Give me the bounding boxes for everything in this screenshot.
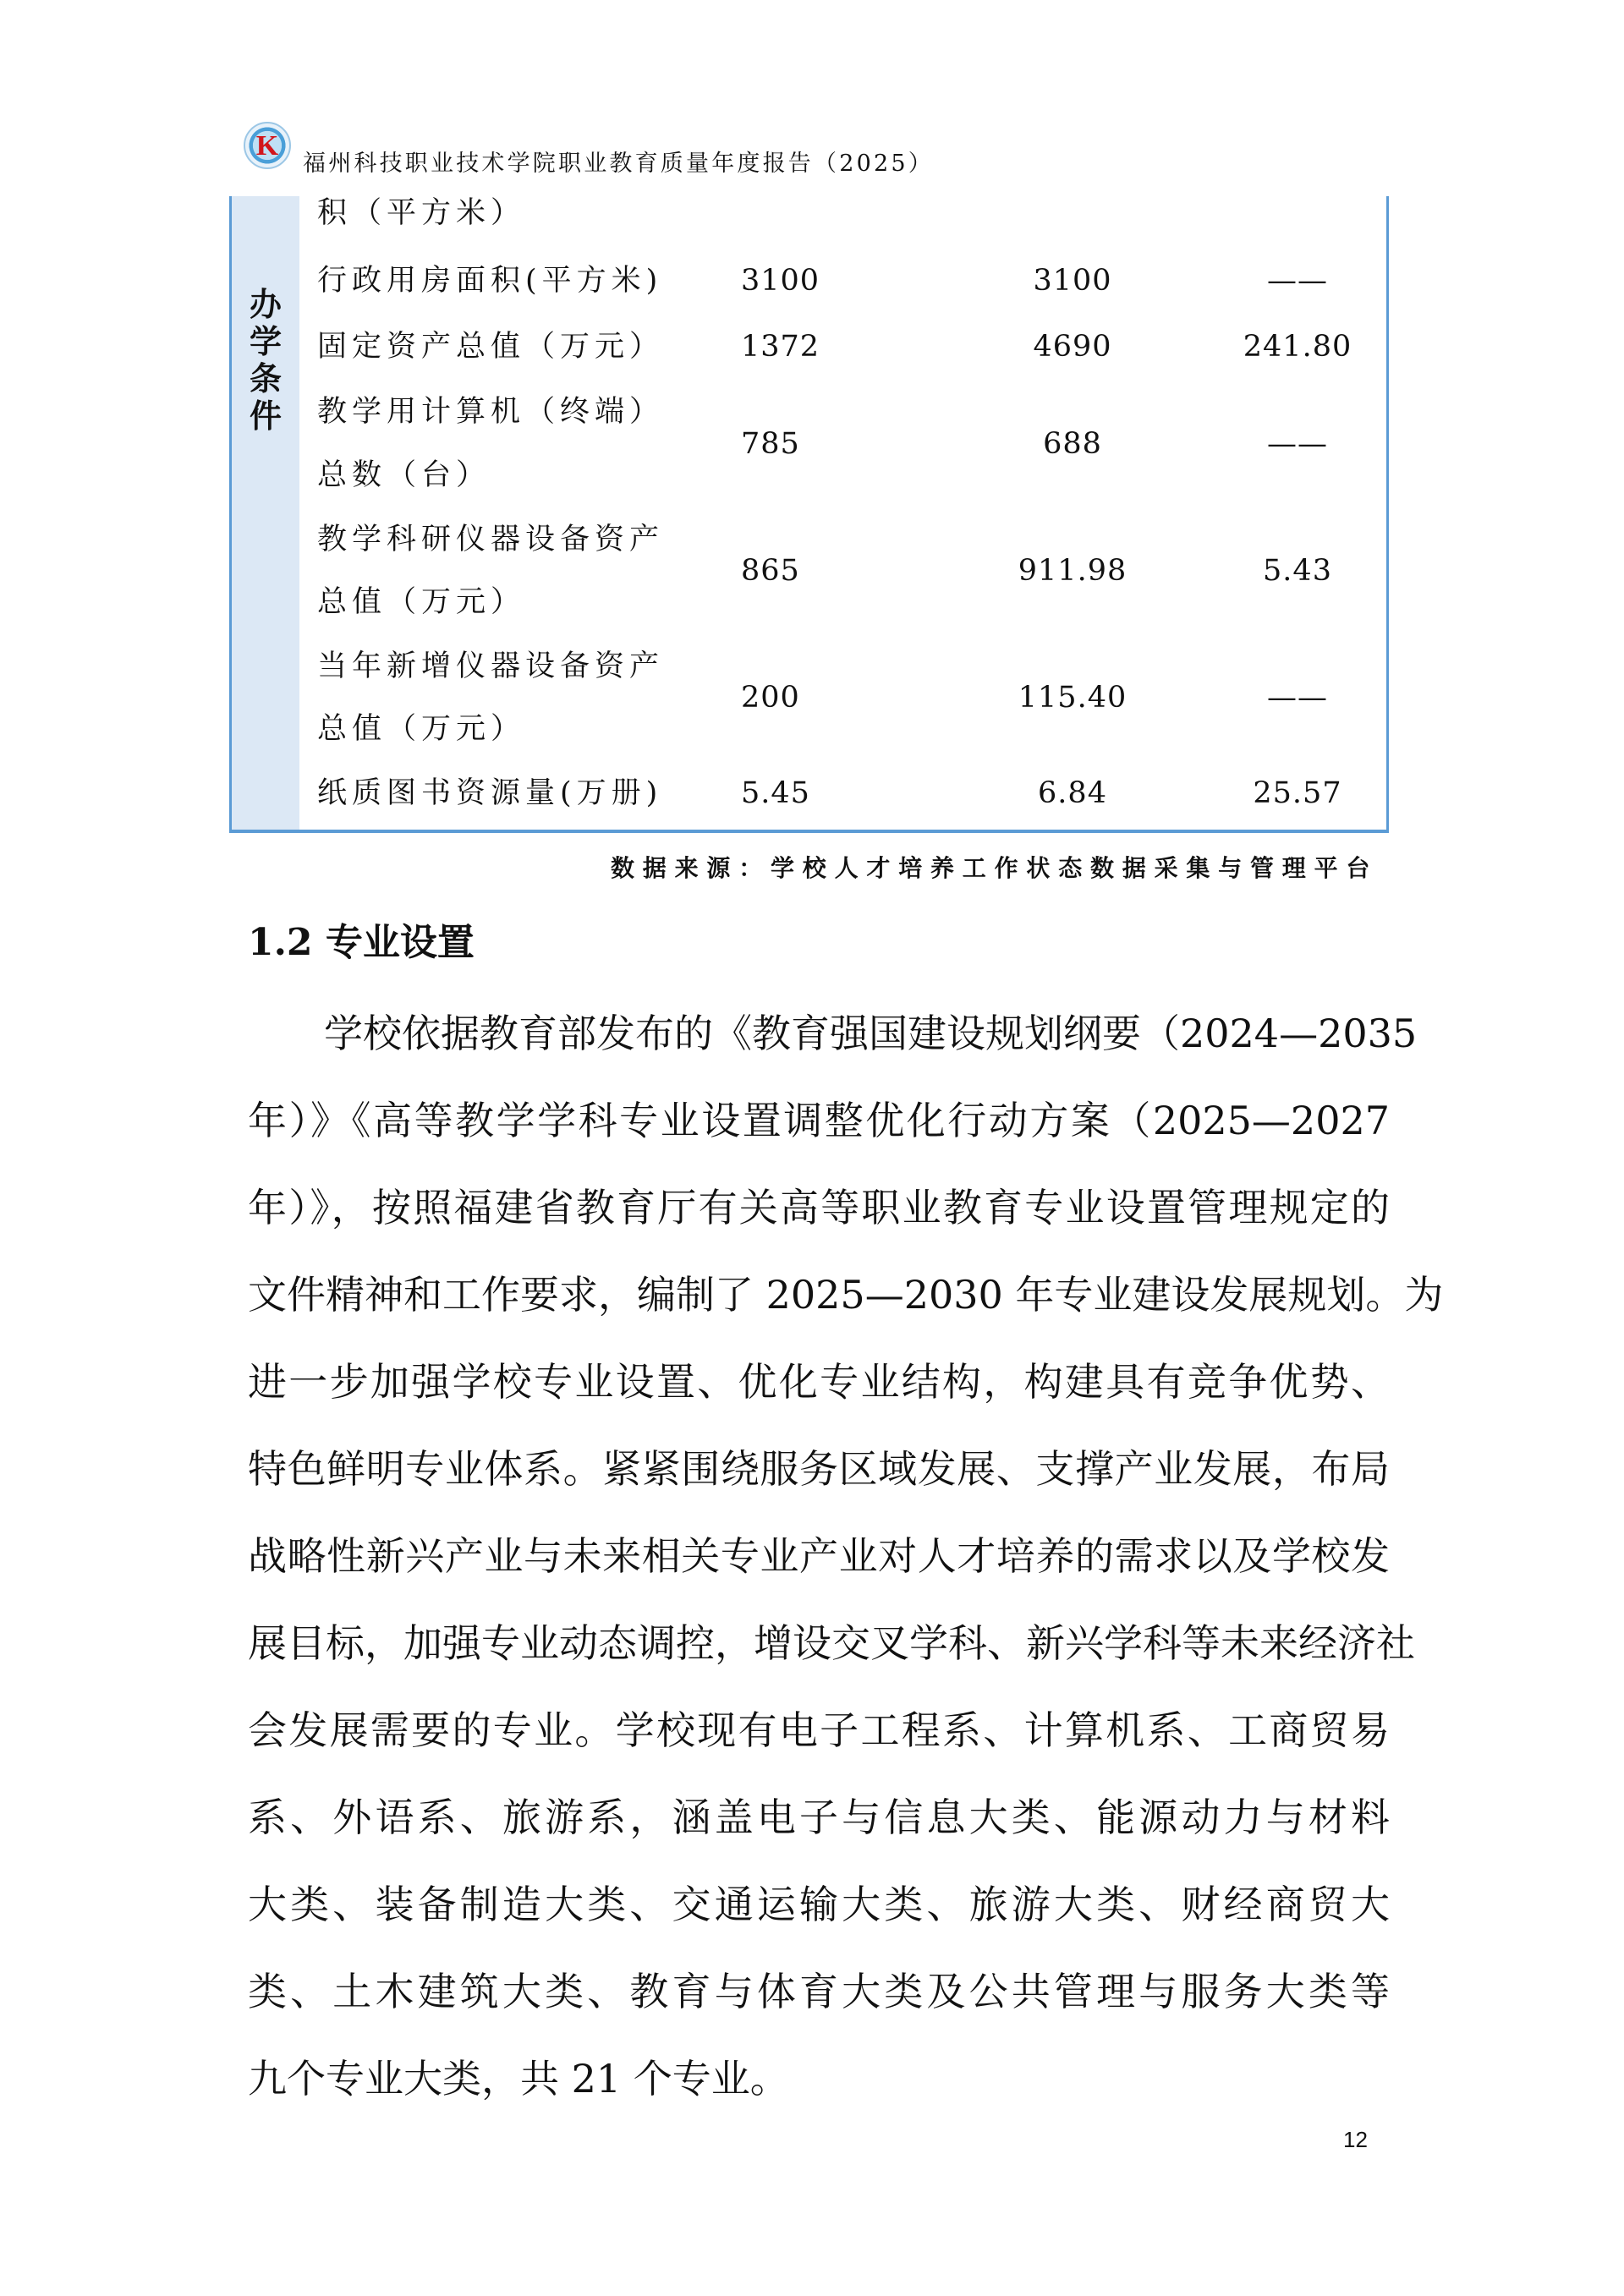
table-cell-value: 241.80 [1243, 330, 1352, 364]
report-header-title: 福州科技职业技术学院职业教育质量年度报告（2025） [303, 151, 934, 178]
table-cell-value: 785 [741, 427, 800, 461]
category-char: 条 [232, 360, 299, 397]
table-cell-value: 6.84 [1038, 776, 1107, 810]
table-cell-value: —— [1267, 681, 1328, 715]
table-cell-value: —— [1267, 427, 1328, 461]
logo-letter: K [245, 129, 289, 163]
table-cell-value: 5.45 [741, 776, 810, 810]
table-cell-value: —— [1267, 264, 1328, 298]
paragraph-line: 九个专业大类，共 21 个专业。 [248, 2053, 1390, 2140]
table-cell-value: 200 [741, 681, 800, 715]
table-row-label: 教学科研仪器设备资产 [317, 523, 664, 556]
category-label: 办 学 条 件 [232, 286, 299, 435]
category-char: 办 [232, 286, 299, 323]
table-row-label: 当年新增仪器设备资产 [317, 649, 664, 683]
table-row-label: 积（平方米） [317, 196, 525, 230]
school-logo: K [244, 122, 291, 169]
paragraph-line: 年）》《高等教学学科专业设置调整优化行动方案（2025—2027 [248, 1095, 1390, 1182]
paragraph-line: 类、土木建筑大类、教育与体育大类及公共管理与服务大类等 [248, 1966, 1390, 2053]
table-row-label: 教学用计算机（终端） [317, 395, 664, 429]
table-cell-value: 4690 [1033, 330, 1111, 364]
category-char: 学 [232, 323, 299, 360]
table-cell-value: 115.40 [1018, 681, 1127, 715]
table-cell-value: 688 [1043, 427, 1102, 461]
body-paragraph: 学校依据教育部发布的《教育强国建设规划纲要（2024—2035 年）》《高等教学… [248, 1008, 1390, 2140]
table-cell-value: 865 [741, 554, 800, 588]
paragraph-line: 学校依据教育部发布的《教育强国建设规划纲要（2024—2035 [248, 1008, 1390, 1095]
paragraph-line: 大类、装备制造大类、交通运输大类、旅游大类、财经商贸大 [248, 1879, 1390, 1966]
table-cell-value: 911.98 [1018, 554, 1127, 588]
table-row-label: 行政用房面积(平方米) [317, 264, 662, 298]
table-row-label: 总值（万元） [317, 585, 525, 619]
table-cell-value: 3100 [741, 264, 820, 298]
paragraph-line: 文件精神和工作要求，编制了 2025—2030 年专业建设发展规划。为 [248, 1269, 1390, 1356]
paragraph-line: 战略性新兴产业与未来相关专业产业对人才培养的需求以及学校发 [248, 1531, 1390, 1618]
table-row-label: 总数（台） [317, 458, 491, 492]
category-char: 件 [232, 397, 299, 435]
section-heading: 1.2 专业设置 [248, 922, 475, 964]
paragraph-line: 特色鲜明专业体系。紧紧围绕服务区域发展、支撑产业发展，布局 [248, 1444, 1390, 1531]
page-number: 12 [1343, 2127, 1368, 2152]
paragraph-line: 系、外语系、旅游系，涵盖电子与信息大类、能源动力与材料 [248, 1792, 1390, 1879]
table-row-label: 总值（万元） [317, 712, 525, 746]
table-cell-value: 1372 [741, 330, 820, 364]
paragraph-line: 会发展需要的专业。学校现有电子工程系、计算机系、工商贸易 [248, 1705, 1390, 1792]
table-row-label: 固定资产总值（万元） [317, 330, 664, 364]
data-source-note: 数据来源：学校人才培养工作状态数据采集与管理平台 [611, 854, 1378, 883]
paragraph-line: 进一步加强学校专业设置、优化专业结构，构建具有竞争优势、 [248, 1356, 1390, 1444]
table-cell-value: 3100 [1033, 264, 1111, 298]
paragraph-line: 展目标，加强专业动态调控，增设交叉学科、新兴学科等未来经济社 [248, 1618, 1390, 1705]
table-cell-value: 5.43 [1263, 554, 1332, 588]
table-row-label: 纸质图书资源量(万册) [317, 776, 662, 810]
table-cell-value: 25.57 [1253, 776, 1341, 810]
paragraph-line: 年）》，按照福建省教育厅有关高等职业教育专业设置管理规定的 [248, 1182, 1390, 1269]
